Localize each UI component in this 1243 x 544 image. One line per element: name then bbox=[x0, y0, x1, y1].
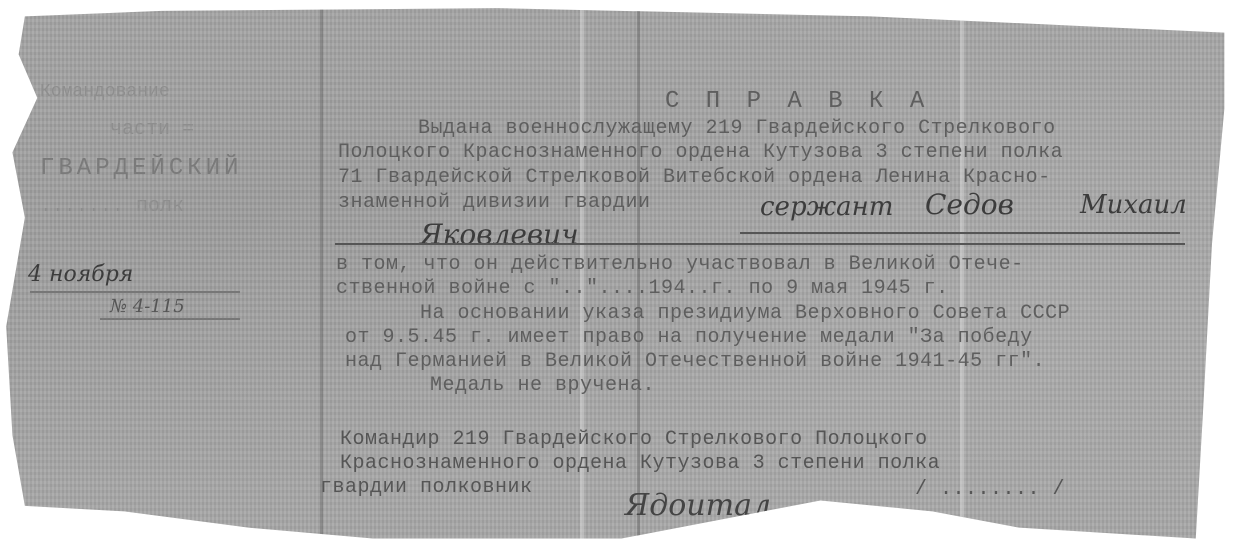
stamp-date: 4 ноября bbox=[28, 262, 133, 287]
document-title: С П Р А В К А bbox=[665, 88, 930, 115]
body-line: Выдана военнослужащему 219 Гвардейского … bbox=[418, 117, 1056, 140]
decree-line: На основании указа президиума Верховного… bbox=[420, 302, 1070, 325]
recipient-underline bbox=[740, 232, 1180, 234]
signature-line: Командир 219 Гвардейского Стрелкового По… bbox=[340, 428, 928, 451]
stamp-line: ....... полк bbox=[40, 195, 184, 218]
decree-line: от 9.5.45 г. имеет право на получение ме… bbox=[345, 326, 1033, 349]
stamp-underline bbox=[30, 291, 240, 293]
recipient-patronymic: Яковлевич bbox=[420, 218, 579, 251]
stamp-underline bbox=[100, 318, 240, 320]
body-line: Полоцкого Краснознаменного ордена Кутузо… bbox=[338, 141, 1063, 164]
recipient-name: Михаил bbox=[1080, 190, 1187, 220]
decree-line: Медаль не вручена. bbox=[430, 374, 655, 397]
fold-line bbox=[320, 0, 323, 544]
participation-line: ственной войне с ".."....194..г. по 9 ма… bbox=[336, 277, 949, 300]
stamp-line: части = bbox=[110, 118, 194, 141]
commander-signature: Ядоитал bbox=[625, 488, 771, 523]
recipient-surname: Седов bbox=[925, 188, 1014, 221]
stamp-number: № 4-115 bbox=[110, 296, 185, 317]
recipient-underline bbox=[335, 243, 1185, 245]
document-paper: Командование части = ГВАРДЕЙСКИЙ .......… bbox=[0, 0, 1243, 544]
body-line: 71 Гвардейской Стрелковой Витебской орде… bbox=[338, 166, 1051, 189]
stamp-line: Командование bbox=[40, 82, 170, 102]
body-line: знаменной дивизии гвардии bbox=[338, 191, 651, 214]
recipient-rank: сержант bbox=[760, 192, 893, 222]
decree-line: над Германией в Великой Отечественной во… bbox=[345, 350, 1045, 373]
participation-line: в том, что он действительно участвовал в… bbox=[336, 253, 1024, 276]
commander-name: / ........ / bbox=[915, 478, 1065, 501]
stamp-line: ГВАРДЕЙСКИЙ bbox=[40, 155, 242, 182]
signature-line: гвардии полковник bbox=[320, 476, 533, 499]
signature-line: Краснознаменного ордена Кутузова 3 степе… bbox=[340, 452, 940, 475]
